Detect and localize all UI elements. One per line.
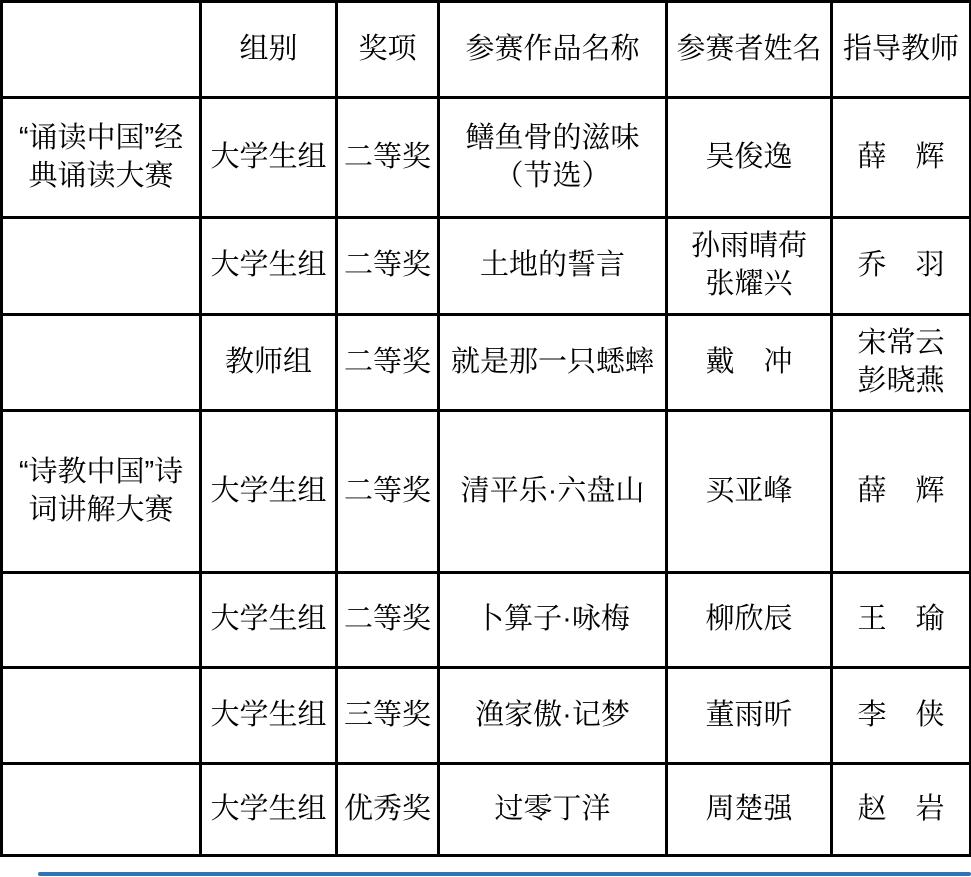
table-row: 大学生组 三等奖 渔家傲·记梦 董雨昕 李 侠 [2, 668, 971, 764]
cell-award: 二等奖 [337, 315, 439, 411]
cell-teacher: 薛 辉 [832, 411, 971, 573]
cell-work: 鳝鱼骨的滋味 （节选） [439, 98, 667, 218]
header-contest [2, 2, 201, 98]
cell-participant: 孙雨晴荷 张耀兴 [667, 218, 832, 315]
table-row: “诵读中国”经典诵读大赛 大学生组 二等奖 鳝鱼骨的滋味 （节选） 吴俊逸 薛 … [2, 98, 971, 218]
cell-teacher: 宋常云 彭晓燕 [832, 315, 971, 411]
cell-work: 渔家傲·记梦 [439, 668, 667, 764]
cell-teacher: 李 侠 [832, 668, 971, 764]
cell-group: 大学生组 [201, 573, 337, 668]
cell-group: 大学生组 [201, 98, 337, 218]
header-teacher: 指导教师 [832, 2, 971, 98]
cell-teacher: 赵 岩 [832, 764, 971, 856]
header-award: 奖项 [337, 2, 439, 98]
cell-group: 大学生组 [201, 668, 337, 764]
table-row: 教师组 二等奖 就是那一只蟋蟀 戴 冲 宋常云 彭晓燕 [2, 315, 971, 411]
cell-work: 就是那一只蟋蟀 [439, 315, 667, 411]
cell-contest: “诗教中国”诗词讲解大赛 [2, 411, 201, 573]
cell-award: 优秀奖 [337, 764, 439, 856]
cell-participant: 买亚峰 [667, 411, 832, 573]
bottom-divider-bar [38, 872, 971, 876]
cell-participant: 董雨昕 [667, 668, 832, 764]
awards-table: 组别 奖项 参赛作品名称 参赛者姓名 指导教师 “诵读中国”经典诵读大赛 大学生… [0, 0, 971, 857]
cell-contest: “诵读中国”经典诵读大赛 [2, 98, 201, 218]
cell-participant: 吴俊逸 [667, 98, 832, 218]
cell-work: 清平乐·六盘山 [439, 411, 667, 573]
cell-contest [2, 218, 201, 315]
cell-work: 卜算子·咏梅 [439, 573, 667, 668]
cell-teacher: 王 瑜 [832, 573, 971, 668]
cell-award: 二等奖 [337, 573, 439, 668]
awards-table-page: 组别 奖项 参赛作品名称 参赛者姓名 指导教师 “诵读中国”经典诵读大赛 大学生… [0, 0, 971, 877]
table-row: 大学生组 二等奖 土地的誓言 孙雨晴荷 张耀兴 乔 羽 [2, 218, 971, 315]
cell-award: 二等奖 [337, 218, 439, 315]
cell-group: 大学生组 [201, 218, 337, 315]
cell-contest [2, 315, 201, 411]
table-row: 大学生组 二等奖 卜算子·咏梅 柳欣辰 王 瑜 [2, 573, 971, 668]
cell-participant: 柳欣辰 [667, 573, 832, 668]
cell-group: 教师组 [201, 315, 337, 411]
cell-work: 过零丁洋 [439, 764, 667, 856]
cell-award: 二等奖 [337, 98, 439, 218]
table-row: “诗教中国”诗词讲解大赛 大学生组 二等奖 清平乐·六盘山 买亚峰 薛 辉 [2, 411, 971, 573]
cell-group: 大学生组 [201, 411, 337, 573]
cell-group: 大学生组 [201, 764, 337, 856]
table-row: 大学生组 优秀奖 过零丁洋 周楚强 赵 岩 [2, 764, 971, 856]
header-work: 参赛作品名称 [439, 2, 667, 98]
header-group: 组别 [201, 2, 337, 98]
header-participant: 参赛者姓名 [667, 2, 832, 98]
cell-work: 土地的誓言 [439, 218, 667, 315]
cell-contest [2, 668, 201, 764]
cell-contest [2, 764, 201, 856]
cell-teacher: 薛 辉 [832, 98, 971, 218]
cell-award: 二等奖 [337, 411, 439, 573]
header-row: 组别 奖项 参赛作品名称 参赛者姓名 指导教师 [2, 2, 971, 98]
cell-award: 三等奖 [337, 668, 439, 764]
cell-teacher: 乔 羽 [832, 218, 971, 315]
cell-contest [2, 573, 201, 668]
cell-participant: 周楚强 [667, 764, 832, 856]
cell-participant: 戴 冲 [667, 315, 832, 411]
